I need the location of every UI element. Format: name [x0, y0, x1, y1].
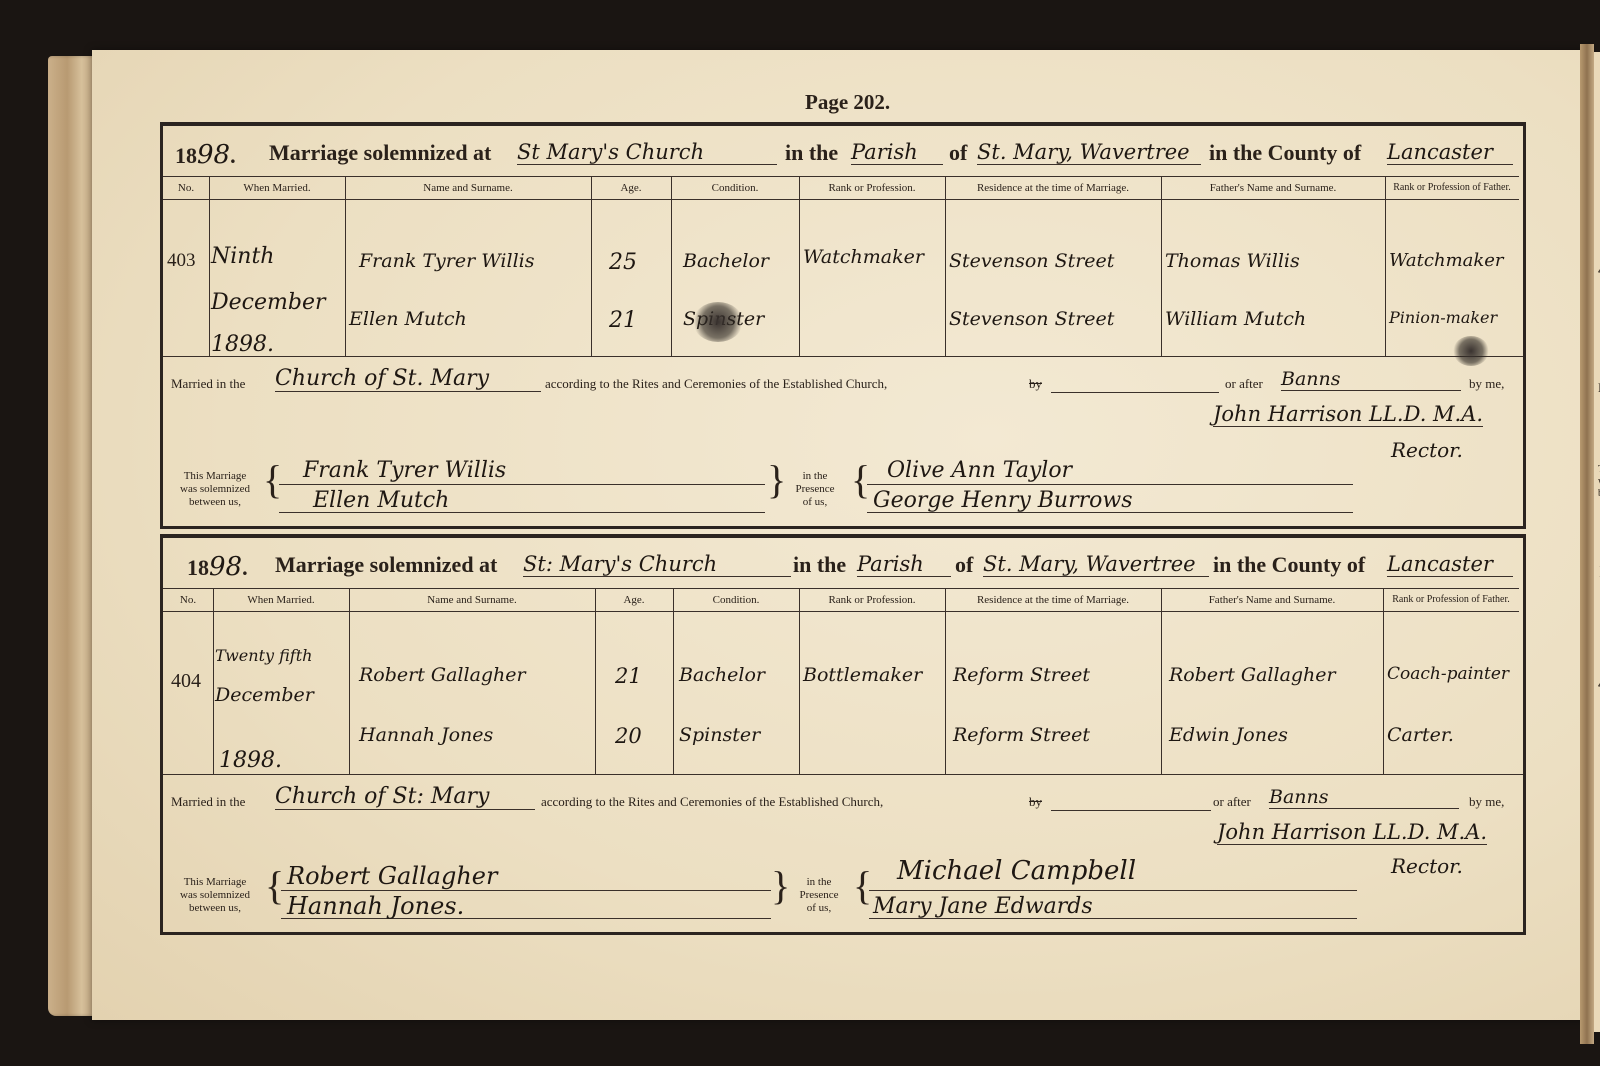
when-month: December — [211, 290, 325, 315]
row-divider — [163, 356, 1523, 357]
label-solemnized-at: Marriage solemnized at — [269, 140, 491, 166]
bride-condition: Spinster — [679, 724, 760, 746]
bride-residence: Stevenson Street — [949, 308, 1114, 330]
marriage-entry-403: 1898. Marriage solemnized at St Mary's C… — [160, 122, 1526, 529]
label-or-after: or after — [1225, 376, 1263, 392]
sig-line — [279, 484, 765, 485]
married-in-place: Church of St: Mary — [275, 784, 535, 810]
label-rites: according to the Rites and Ceremonies of… — [541, 794, 883, 810]
col-name: Name and Surname. — [345, 176, 591, 200]
page-edges — [48, 56, 96, 1016]
when-day: Ninth — [211, 244, 274, 269]
col-profession: Rank or Profession. — [799, 588, 945, 612]
bride-age: 21 — [609, 308, 637, 333]
bride-father-name: Edwin Jones — [1169, 724, 1288, 746]
divider — [799, 176, 800, 356]
brace-left: { — [263, 460, 282, 500]
label-solemnized-at: Marriage solemnized at — [275, 552, 497, 578]
col-condition: Condition. — [673, 588, 799, 612]
when-year: 1898. — [219, 748, 282, 773]
groom-residence: Stevenson Street — [949, 250, 1114, 272]
label-by-struck: by — [1029, 794, 1042, 810]
entry-number: 404 — [171, 670, 201, 693]
groom-profession: Watchmaker — [803, 246, 924, 268]
divider — [349, 588, 350, 774]
officiant-title: Rector. — [1391, 854, 1463, 878]
col-age: Age. — [595, 588, 673, 612]
col-name: Name and Surname. — [349, 588, 595, 612]
col-father-name: Father's Name and Surname. — [1161, 588, 1383, 612]
bride-signature: Hannah Jones. — [287, 892, 464, 920]
when-year: 1898. — [211, 332, 274, 357]
ink-blot — [693, 302, 743, 342]
label-in-the: in the — [793, 552, 846, 578]
label-in-presence: in thePresenceof us, — [789, 876, 849, 915]
brace-right: } — [771, 866, 790, 906]
col-when-married: When Married. — [213, 588, 349, 612]
when-day: Twenty fifth — [215, 646, 312, 665]
groom-age: 25 — [609, 250, 637, 275]
col-residence: Residence at the time of Marriage. — [945, 588, 1161, 612]
church-name: St: Mary's Church — [523, 552, 791, 577]
county-name: Lancaster — [1387, 552, 1513, 577]
bride-name: Hannah Jones — [359, 724, 493, 746]
sig-line — [281, 890, 771, 891]
groom-name: Robert Gallagher — [359, 664, 526, 686]
ink-blot — [1453, 336, 1489, 366]
page-number: Page 202. — [805, 90, 890, 115]
divider — [591, 176, 592, 356]
right-page-partial: 18 No. 405 Marri This Ma was sole betwee… — [1594, 52, 1600, 1032]
church-name: St Mary's Church — [517, 140, 777, 165]
bride-father-profession: Carter. — [1387, 724, 1454, 746]
district-type: Parish — [857, 552, 951, 577]
divider — [1383, 588, 1384, 774]
district-type: Parish — [851, 140, 943, 165]
label-of: of — [955, 552, 973, 578]
label-county: in the County of — [1209, 140, 1361, 166]
district-name: St. Mary, Wavertree — [983, 552, 1209, 577]
label-of: of — [949, 140, 967, 166]
col-when-married: When Married. — [209, 176, 345, 200]
divider — [799, 588, 800, 774]
witness-2-signature: Mary Jane Edwards — [873, 894, 1093, 919]
entry-number: 403 — [167, 250, 196, 272]
groom-father-name: Robert Gallagher — [1169, 664, 1336, 686]
year: 1898. — [187, 552, 248, 582]
officiant-signature: John Harrison LL.D. M.A. — [1213, 402, 1483, 427]
divider — [595, 588, 596, 774]
when-month: December — [215, 684, 314, 706]
col-no: No. — [163, 588, 213, 612]
after-banns: Banns — [1269, 786, 1459, 809]
witness-1-signature: Olive Ann Taylor — [887, 458, 1072, 483]
officiant-title: Rector. — [1391, 438, 1463, 462]
after-banns: Banns — [1281, 368, 1461, 391]
label-this-marriage: This Marriagewas solemnizedbetween us, — [165, 470, 265, 509]
brace-right: } — [767, 460, 786, 500]
label-married-in: Married in the — [171, 794, 245, 810]
col-residence: Residence at the time of Marriage. — [945, 176, 1161, 200]
marriage-entry-404: 1898. Marriage solemnized at St: Mary's … — [160, 534, 1526, 935]
label-by-struck: by — [1029, 376, 1042, 392]
col-father-name: Father's Name and Surname. — [1161, 176, 1385, 200]
col-father-profession: Rank or Profession of Father. — [1385, 176, 1519, 200]
divider — [671, 176, 672, 356]
year: 1898. — [175, 140, 236, 170]
label-in-the: in the — [785, 140, 838, 166]
groom-condition: Bachelor — [683, 250, 769, 272]
col-condition: Condition. — [671, 176, 799, 200]
row-divider — [163, 774, 1523, 775]
book-gutter — [1580, 44, 1594, 1044]
divider — [1161, 176, 1162, 356]
brace-left: { — [851, 460, 870, 500]
col-father-profession: Rank or Profession of Father. — [1383, 588, 1519, 612]
bride-father-name: William Mutch — [1165, 308, 1306, 330]
divider — [673, 588, 674, 774]
divider — [213, 588, 214, 774]
sig-line — [869, 890, 1357, 891]
county-name: Lancaster — [1387, 140, 1513, 165]
label-or-after: or after — [1213, 794, 1251, 810]
bride-age: 20 — [615, 724, 642, 748]
entry-headline: 1898. Marriage solemnized at St: Mary's … — [173, 548, 1513, 588]
label-by-me: by me, — [1469, 376, 1504, 392]
label-married-in: Married in the — [171, 376, 245, 392]
groom-signature: Robert Gallagher — [287, 862, 497, 890]
label-this-marriage: This Marriagewas solemnizedbetween us, — [165, 876, 265, 915]
divider — [1161, 588, 1162, 774]
label-by-me: by me, — [1469, 794, 1504, 810]
label-county: in the County of — [1213, 552, 1365, 578]
divider — [209, 176, 210, 356]
label-in-presence: in thePresenceof us, — [785, 470, 845, 509]
divider — [1385, 176, 1386, 356]
bride-name: Ellen Mutch — [349, 308, 467, 330]
married-in-place: Church of St. Mary — [275, 366, 541, 392]
district-name: St. Mary, Wavertree — [977, 140, 1201, 165]
groom-signature: Frank Tyrer Willis — [303, 458, 506, 483]
sig-line — [867, 484, 1353, 485]
col-no: No. — [163, 176, 209, 200]
licence-line — [1051, 810, 1211, 811]
entry-headline: 1898. Marriage solemnized at St Mary's C… — [173, 136, 1513, 176]
brace-left: { — [853, 866, 872, 906]
groom-name: Frank Tyrer Willis — [359, 250, 535, 272]
divider — [945, 588, 946, 774]
divider — [945, 176, 946, 356]
bride-father-profession: Pinion-maker — [1389, 308, 1497, 327]
licence-line — [1051, 392, 1219, 393]
groom-father-profession: Watchmaker — [1389, 250, 1504, 271]
groom-residence: Reform Street — [953, 664, 1090, 686]
bride-signature: Ellen Mutch — [313, 488, 449, 513]
witness-1-signature: Michael Campbell — [897, 856, 1136, 886]
groom-profession: Bottlemaker — [803, 664, 922, 686]
witness-2-signature: George Henry Burrows — [873, 488, 1133, 513]
groom-age: 21 — [615, 664, 642, 688]
bride-residence: Reform Street — [953, 724, 1090, 746]
label-rites: according to the Rites and Ceremonies of… — [545, 376, 887, 392]
groom-father-profession: Coach-painter — [1387, 664, 1509, 684]
divider — [345, 176, 346, 356]
col-age: Age. — [591, 176, 671, 200]
col-profession: Rank or Profession. — [799, 176, 945, 200]
brace-left: { — [265, 866, 284, 906]
officiant-signature: John Harrison LL.D. M.A. — [1217, 820, 1487, 845]
groom-father-name: Thomas Willis — [1165, 250, 1300, 272]
groom-condition: Bachelor — [679, 664, 765, 686]
